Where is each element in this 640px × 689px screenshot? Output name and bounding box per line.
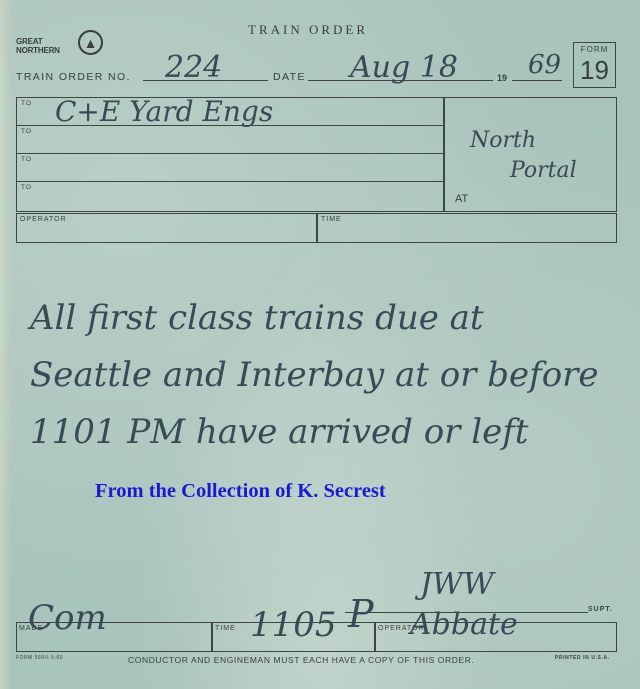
to-value: C+E Yard Engs — [55, 95, 273, 128]
footer-time-suffix: P — [348, 592, 374, 636]
paper-edge — [0, 0, 12, 689]
at-location-line-1: North — [470, 128, 536, 153]
at-label: AT — [455, 193, 468, 205]
mountain-goat-icon: ▲ — [78, 30, 103, 55]
form-label: FORM — [574, 45, 615, 54]
address-divider — [443, 97, 445, 212]
supt-label: SUPT. — [588, 606, 613, 613]
row-divider — [211, 622, 213, 652]
footer-time-value: 1105 — [250, 605, 337, 645]
logo-line-2: NORTHERN — [16, 46, 60, 55]
train-order-no-label: TRAIN ORDER NO. — [16, 71, 131, 83]
to-label: TO — [21, 100, 32, 107]
supt-signature: JWW — [420, 567, 494, 602]
order-line: All first class trains due at — [30, 290, 610, 347]
form-title: TRAIN ORDER — [248, 22, 368, 38]
year-underline — [512, 80, 562, 81]
year-value: 69 — [528, 50, 561, 80]
order-line: Seattle and Interbay at or before — [30, 347, 610, 404]
to-label: TO — [21, 128, 32, 135]
railroad-logo-text: GREAT NORTHERN — [16, 37, 60, 55]
to-row-divider — [16, 181, 443, 182]
to-label: TO — [21, 184, 32, 191]
printed-in-label: PRINTED IN U.S.A. — [555, 655, 610, 661]
form-number: 19 — [574, 55, 615, 86]
row-divider — [374, 622, 376, 652]
date-value: Aug 18 — [350, 50, 458, 85]
order-body: All first class trains due at Seattle an… — [30, 290, 610, 461]
train-order-no-value: 224 — [165, 50, 222, 85]
time-label: TIME — [321, 216, 342, 223]
logo-line-1: GREAT — [16, 37, 60, 46]
operator-label: OPERATOR — [20, 216, 67, 223]
operator-signature: Abbate — [410, 607, 518, 642]
order-line: 1101 PM have arrived or left — [30, 404, 610, 461]
made-value: Com — [28, 598, 107, 638]
form-code: FORM 569½ 5-60 — [16, 655, 63, 661]
date-label: DATE — [273, 71, 306, 83]
form-number-box: FORM 19 — [573, 42, 616, 88]
copy-notice: CONDUCTOR AND ENGINEMAN MUST EACH HAVE A… — [128, 655, 474, 665]
to-row-divider — [16, 153, 443, 154]
at-location-line-2: Portal — [510, 158, 577, 183]
collection-watermark: From the Collection of K. Secrest — [95, 480, 386, 503]
year-prefix: 19 — [497, 73, 507, 83]
footer-time-label: TIME — [215, 625, 236, 632]
operator-time-divider — [316, 213, 318, 243]
to-label: TO — [21, 156, 32, 163]
